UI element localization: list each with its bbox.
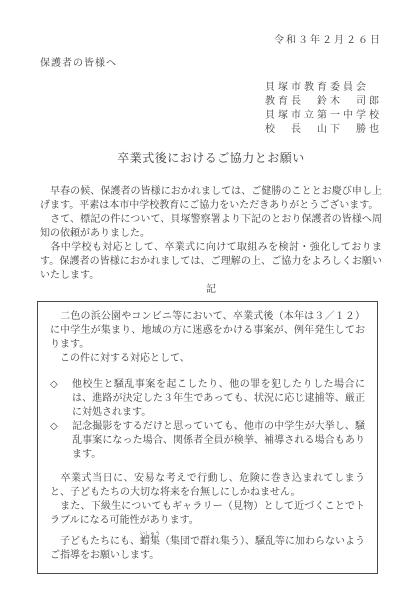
diamond-bullet-icon: ◇ (50, 378, 64, 392)
paragraph: さて、標記の件について、貝塚警察署より下記のとおり保護者の皆様へ周知の依頼があり… (40, 213, 382, 241)
document-title: 卒業式後におけるご協力とお願い (40, 151, 382, 165)
box-intro-paragraph: 二色の浜公園やコンビニ等において、卒業式後（本年は３／１２）に中学生が集まり、地… (50, 310, 365, 352)
sender-line-superintendent: 教育長 鈴木 司郎 (265, 95, 382, 109)
paragraph: 早春の候、保護者の皆様におかれましては、ご健勝のこととお慶び申し上げます。平素は… (40, 185, 382, 213)
furigana-reading: いしゅう (140, 532, 160, 537)
document-date: 令和３年２月２６日 (40, 34, 382, 48)
closing-block: 卒業式当日に、安易な考えで行動し、危険に巻き込まれてしまうと、子どもたちの大切な… (50, 472, 365, 528)
closing-paragraph: また、下級生についてもギャラリー（見物）として近づくことでトラブルになる可能性が… (50, 500, 365, 528)
record-marker: 記 (40, 283, 382, 297)
sender-line-organization: 貝塚市教育委員会 (265, 81, 382, 95)
document-page: 令和３年２月２６日 保護者の皆様へ 貝塚市教育委員会 教育長 鈴木 司郎 貝塚市… (0, 0, 420, 593)
bullet-item: ◇ 記念撮影をするだけと思っていても、他市の中学生が大挙し、騒乱事案になった場合… (50, 420, 365, 462)
paragraph: 各中学校も対応として、卒業式に向けて取組みを検討・強化しております。保護者の皆様… (40, 241, 382, 283)
bullet-list: ◇ 他校生と騒乱事案を起こしたり、他の罪を犯したりした場合には、進路が決定した３… (50, 378, 365, 462)
recipient-line: 保護者の皆様へ (40, 57, 382, 71)
furigana-annotation: 蝟集いしゅう (140, 536, 160, 547)
notice-box: 二色の浜公園やコンビニ等において、卒業式後（本年は３／１２）に中学生が集まり、地… (37, 301, 378, 574)
sender-line-school: 貝塚市立第一中学校 (265, 109, 382, 123)
final-paragraph: 子どもたちにも、蝟集いしゅう（集団で群れ集う）、騒乱等に加わらないようご指導をお… (50, 532, 365, 563)
closing-paragraph: 卒業式当日に、安易な考えで行動し、危険に巻き込まれてしまうと、子どもたちの大切な… (50, 472, 365, 500)
diamond-bullet-icon: ◇ (50, 420, 64, 434)
furigana-base: 蝟集 (140, 536, 160, 547)
bullet-item: ◇ 他校生と騒乱事案を起こしたり、他の罪を犯したりした場合には、進路が決定した３… (50, 378, 365, 420)
sender-line-principal: 校 長 山下 勝也 (265, 123, 382, 137)
body-paragraphs: 早春の候、保護者の皆様におかれましては、ご健勝のこととお慶び申し上げます。平素は… (40, 185, 382, 283)
final-paragraph-prefix: 子どもたちにも、 (50, 536, 140, 547)
sender-block: 貝塚市教育委員会 教育長 鈴木 司郎 貝塚市立第一中学校 校 長 山下 勝也 (265, 81, 382, 137)
box-intro-line: この件に対する対応として、 (50, 352, 365, 366)
bullet-text: 記念撮影をするだけと思っていても、他市の中学生が大挙し、騒乱事案になった場合、関… (72, 420, 365, 462)
bullet-text: 他校生と騒乱事案を起こしたり、他の罪を犯したりした場合には、進路が決定した３年生… (72, 378, 365, 420)
